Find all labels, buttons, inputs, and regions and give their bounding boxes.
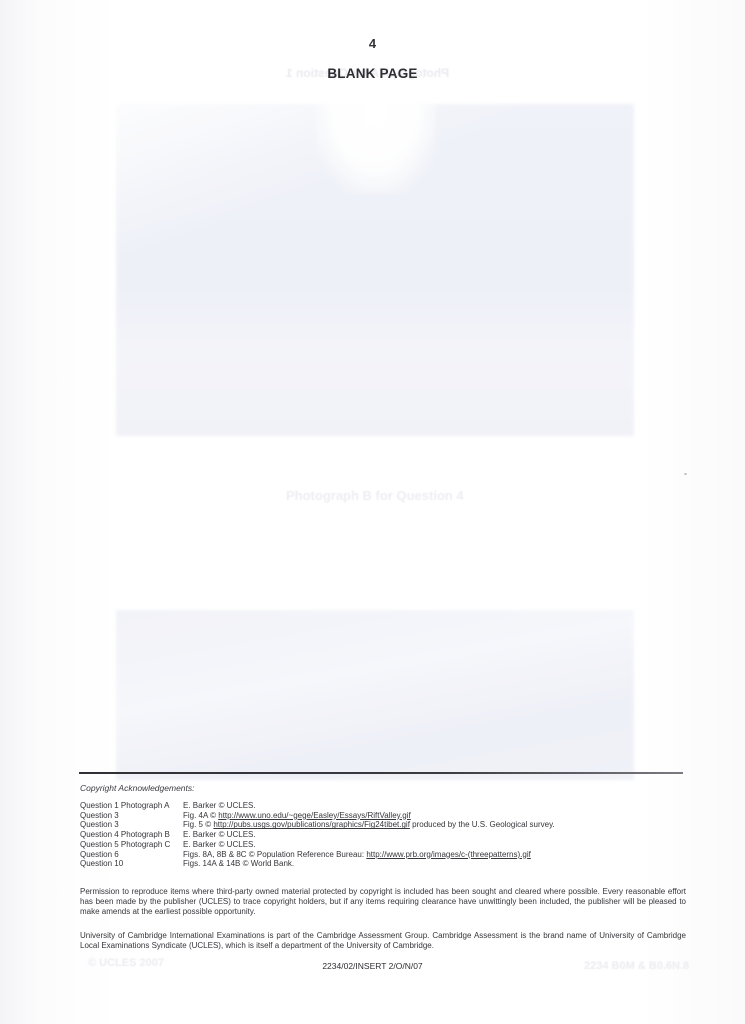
acknowledgement-row: Question 6Figs. 8A, 8B & 8C © Population… — [80, 850, 555, 860]
acknowledgements-heading: Copyright Acknowledgements: — [80, 783, 195, 793]
source-link[interactable]: http://pubs.usgs.gov/publications/graphi… — [213, 820, 410, 829]
scan-speck — [684, 473, 687, 475]
acknowledgement-question: Question 4 Photograph B — [80, 830, 183, 840]
acknowledgement-question: Question 3 — [80, 820, 183, 830]
acknowledgement-row: Question 10Figs. 14A & 14B © World Bank. — [80, 859, 555, 869]
acknowledgement-source: Fig. 4A © http://www.uno.edu/~gege/Easle… — [183, 811, 411, 821]
acknowledgement-source: E. Barker © UCLES. — [183, 830, 256, 840]
acknowledgement-source: E. Barker © UCLES. — [183, 840, 256, 850]
acknowledgement-source: Fig. 5 © http://pubs.usgs.gov/publicatio… — [183, 820, 555, 830]
acknowledgement-source: Figs. 8A, 8B & 8C © Population Reference… — [183, 850, 531, 860]
acknowledgement-question: Question 3 — [80, 811, 183, 821]
show-through-photograph-top — [116, 104, 634, 436]
source-text: E. Barker © UCLES. — [183, 830, 256, 839]
source-note: produced by the U.S. Geological survey. — [410, 820, 555, 829]
section-divider — [79, 772, 683, 774]
acknowledgement-row: Question 4 Photograph BE. Barker © UCLES… — [80, 830, 555, 840]
acknowledgement-row: Question 3Fig. 4A © http://www.uno.edu/~… — [80, 811, 555, 821]
acknowledgements-list: Question 1 Photograph AE. Barker © UCLES… — [80, 801, 555, 869]
permission-paragraph: Permission to reproduce items where thir… — [80, 887, 686, 917]
source-text: Fig. 4A © — [183, 811, 218, 820]
acknowledgement-question: Question 6 — [80, 850, 183, 860]
source-text: E. Barker © UCLES. — [183, 801, 256, 810]
acknowledgement-question: Question 1 Photograph A — [80, 801, 183, 811]
source-link[interactable]: http://www.uno.edu/~gege/Easley/Essays/R… — [218, 811, 410, 820]
page-title: BLANK PAGE — [0, 66, 745, 81]
acknowledgement-question: Question 5 Photograph C — [80, 840, 183, 850]
acknowledgement-source: Figs. 14A & 14B © World Bank. — [183, 859, 294, 869]
source-link[interactable]: http://www.prb.org/images/c-(threepatter… — [366, 850, 531, 859]
acknowledgement-row: Question 3Fig. 5 © http://pubs.usgs.gov/… — [80, 820, 555, 830]
source-text: Fig. 5 © — [183, 820, 213, 829]
source-text: Figs. 14A & 14B © World Bank. — [183, 859, 294, 868]
university-paragraph: University of Cambridge International Ex… — [80, 931, 686, 951]
acknowledgement-row: Question 5 Photograph CE. Barker © UCLES… — [80, 840, 555, 850]
acknowledgement-source: E. Barker © UCLES. — [183, 801, 256, 811]
show-through-photograph-bottom — [116, 610, 634, 780]
source-text: E. Barker © UCLES. — [183, 840, 256, 849]
document-code: 2234/02/INSERT 2/O/N/07 — [0, 961, 745, 971]
acknowledgement-question: Question 10 — [80, 859, 183, 869]
page-number: 4 — [0, 36, 745, 51]
acknowledgement-row: Question 1 Photograph AE. Barker © UCLES… — [80, 801, 555, 811]
show-through-caption: Photograph B for Question 4 — [286, 488, 464, 503]
source-text: Figs. 8A, 8B & 8C © Population Reference… — [183, 850, 366, 859]
